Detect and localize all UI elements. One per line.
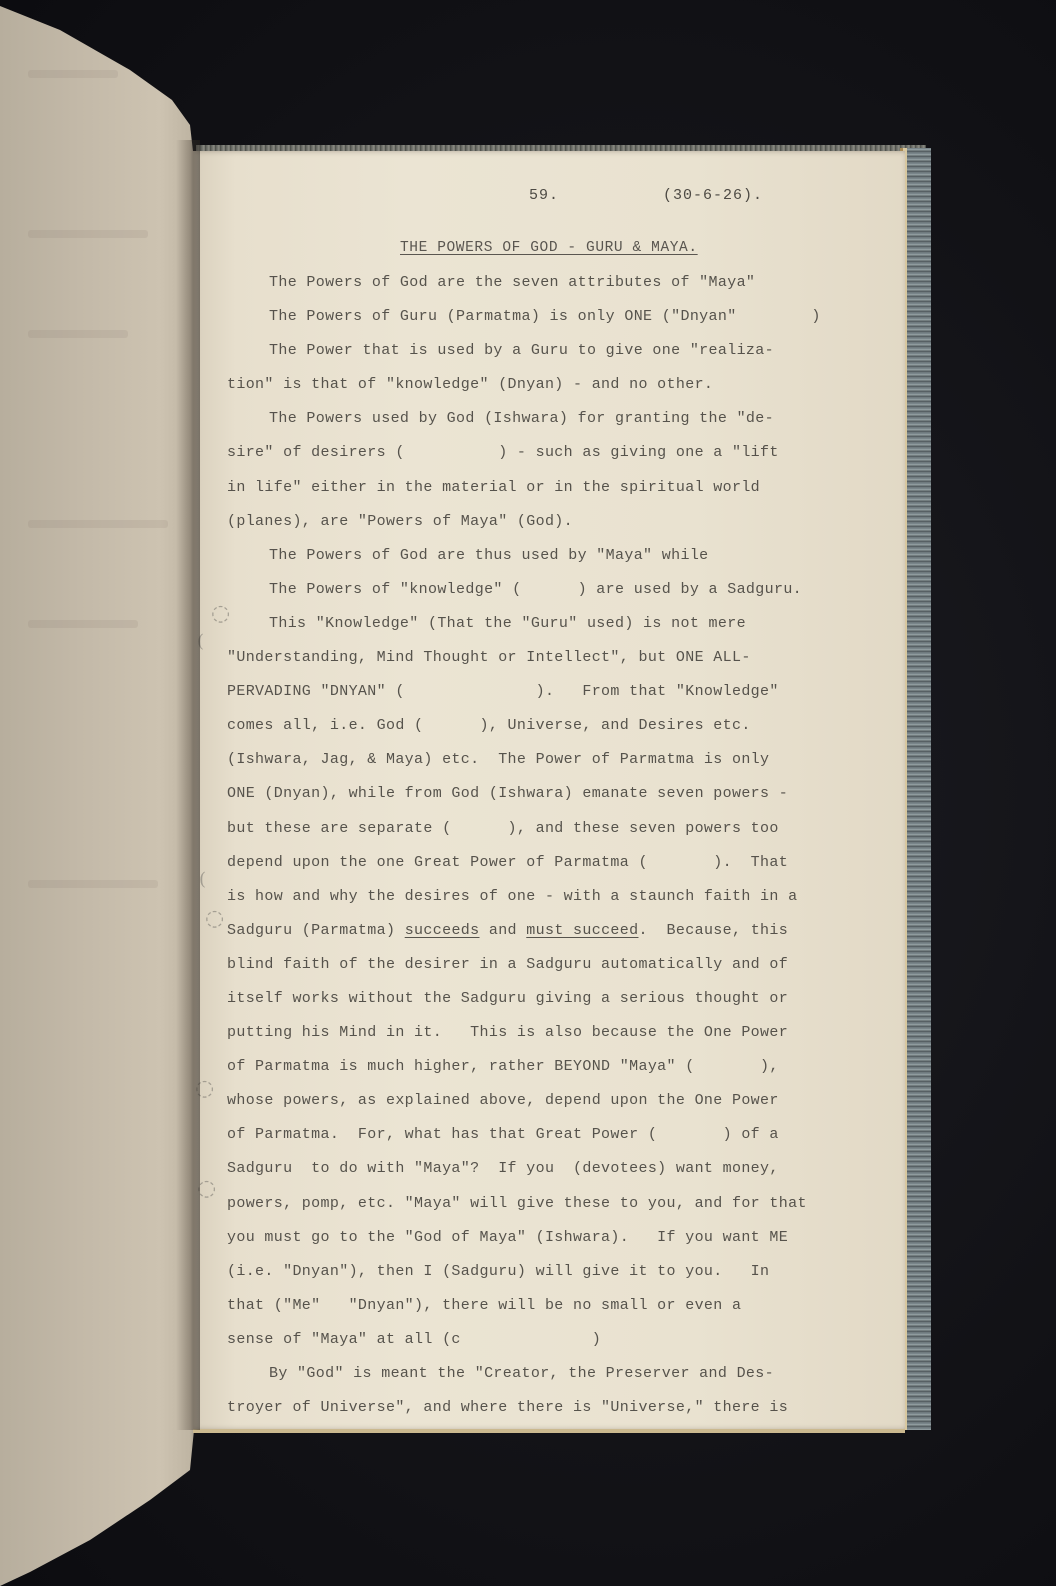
text-line: The Powers used by God (Ishwara) for gra… <box>227 402 897 436</box>
text-line: The Powers of God are thus used by "Maya… <box>227 539 897 573</box>
text-line: (Ishwara, Jag, & Maya) etc. The Power of… <box>227 743 897 777</box>
text-line: sense of "Maya" at all (c ) <box>227 1323 897 1357</box>
text-line: ONE (Dnyan), while from God (Ishwara) em… <box>227 777 897 811</box>
text-line: PERVADING "DNYAN" ( ). From that "Knowle… <box>227 675 897 709</box>
underlined-text: must succeed <box>526 922 638 939</box>
text-segment: and <box>480 922 527 939</box>
text-line: Sadguru to do with "Maya"? If you (devot… <box>227 1152 897 1186</box>
text-line: of Parmatma. For, what has that Great Po… <box>227 1118 897 1152</box>
text-line: you must go to the "God of Maya" (Ishwar… <box>227 1221 897 1255</box>
bleed-through-text <box>28 880 158 888</box>
text-line: The Powers of Guru (Parmatma) is only ON… <box>227 300 897 334</box>
page-header: 59. (30-6-26). <box>193 187 905 211</box>
text-line: putting his Mind in it. This is also bec… <box>227 1016 897 1050</box>
text-line: blind faith of the desirer in a Sadguru … <box>227 948 897 982</box>
page-title: THE POWERS OF GOD - GURU & MAYA. <box>400 240 698 256</box>
text-line: of Parmatma is much higher, rather BEYON… <box>227 1050 897 1084</box>
text-line: The Powers of "knowledge" ( ) are used b… <box>227 573 897 607</box>
bleed-through-text <box>28 620 138 628</box>
underlined-text: succeeds <box>405 922 480 939</box>
typescript-body: The Powers of God are the seven attribut… <box>227 266 897 1425</box>
text-line: (i.e. "Dnyan"), then I (Sadguru) will gi… <box>227 1255 897 1289</box>
gutter-shadow <box>176 140 200 1430</box>
pencil-bracket-icon: ( <box>199 869 206 890</box>
text-line: in life" either in the material or in th… <box>227 471 897 505</box>
text-line: that ("Me" "Dnyan"), there will be no sm… <box>227 1289 897 1323</box>
pencil-mark-icon: ◌ <box>211 601 230 626</box>
left-page-verso <box>0 0 200 1586</box>
page-date: (30-6-26). <box>663 187 763 204</box>
bleed-through-text <box>28 330 128 338</box>
text-line: sire" of desirers ( ) - such as giving o… <box>227 436 897 470</box>
text-line: itself works without the Sadguru giving … <box>227 982 897 1016</box>
text-line: comes all, i.e. God ( ), Universe, and D… <box>227 709 897 743</box>
page-number: 59. <box>529 187 559 204</box>
text-line: whose powers, as explained above, depend… <box>227 1084 897 1118</box>
text-line: tion" is that of "knowledge" (Dnyan) - a… <box>227 368 897 402</box>
text-line: troyer of Universe", and where there is … <box>227 1391 897 1425</box>
text-line: powers, pomp, etc. "Maya" will give thes… <box>227 1187 897 1221</box>
text-line: The Powers of God are the seven attribut… <box>227 266 897 300</box>
text-line: "Understanding, Mind Thought or Intellec… <box>227 641 897 675</box>
text-line: (planes), are "Powers of Maya" (God). <box>227 505 897 539</box>
bleed-through-text <box>28 230 148 238</box>
text-line: This "Knowledge" (That the "Guru" used) … <box>227 607 897 641</box>
text-line: Sadguru (Parmatma) succeeds and must suc… <box>227 914 897 948</box>
text-line: The Power that is used by a Guru to give… <box>227 334 897 368</box>
bleed-through-text <box>28 520 168 528</box>
text-segment: Sadguru (Parmatma) <box>227 922 405 939</box>
text-segment: . Because, this <box>638 922 788 939</box>
text-line: depend upon the one Great Power of Parma… <box>227 846 897 880</box>
bleed-through-text <box>28 70 118 78</box>
text-line: but these are separate ( ), and these se… <box>227 812 897 846</box>
pencil-mark-icon: ◌ <box>205 906 224 931</box>
text-line: By "God" is meant the "Creator, the Pres… <box>227 1357 897 1391</box>
right-page-recto: 59. (30-6-26). THE POWERS OF GOD - GURU … <box>193 151 905 1430</box>
text-line: is how and why the desires of one - with… <box>227 880 897 914</box>
